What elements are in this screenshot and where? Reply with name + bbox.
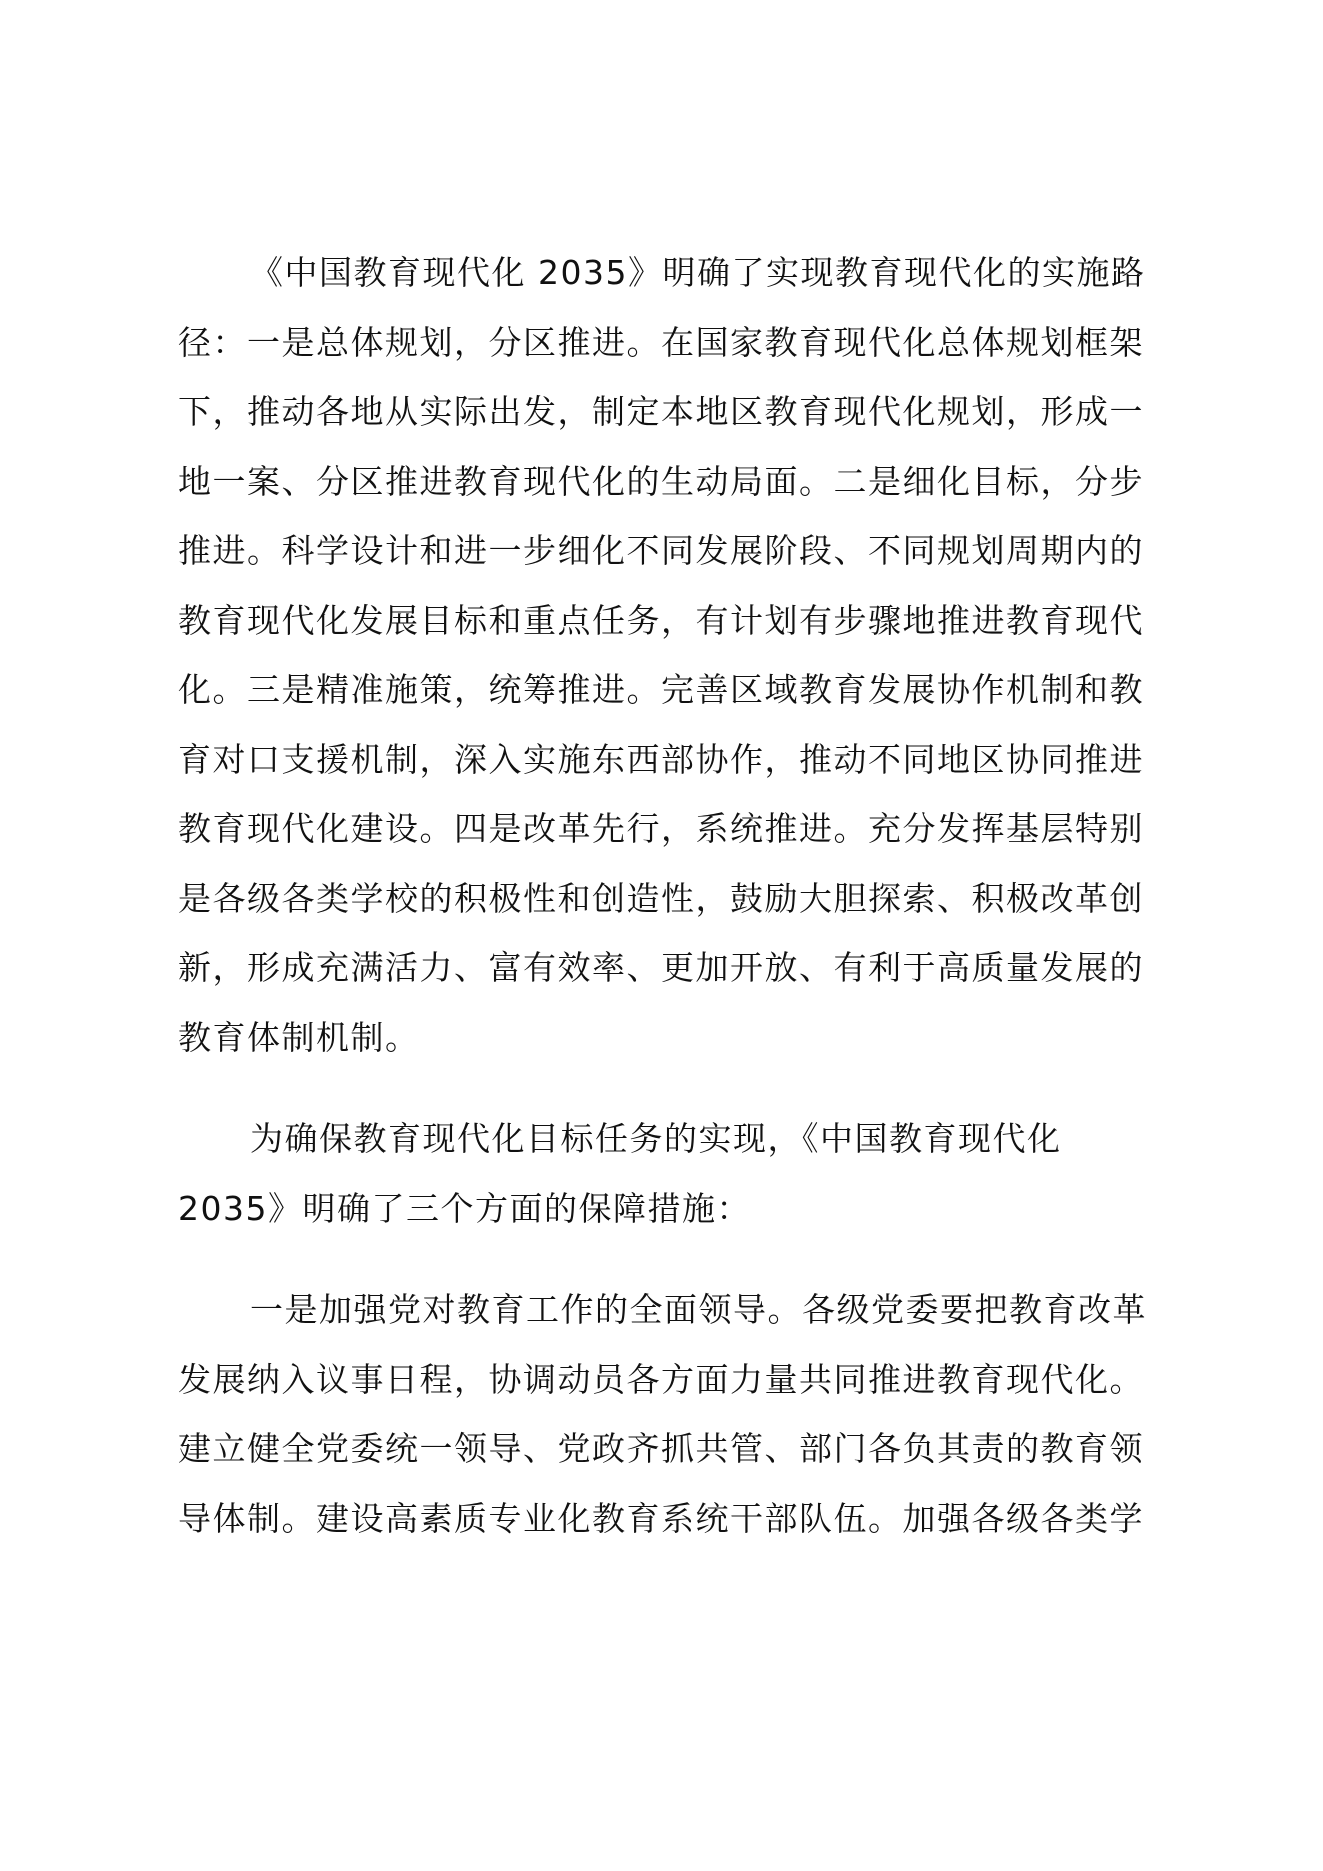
paragraph-spacer — [178, 1253, 1158, 1285]
paragraph-safeguard-intro: 为确保教育现代化目标任务的实现，《中国教育现代化 2035》明确了三个方面的保障… — [178, 1114, 1158, 1253]
text-line: 一是加强党对教育工作的全面领导。各级党委要把教育改革 — [178, 1285, 1158, 1355]
text-line: 导体制。建设高素质专业化教育系统干部队伍。加强各级各类学 — [178, 1494, 1158, 1564]
text-line: 《中国教育现代化 2035》明确了实现教育现代化的实施路 — [178, 248, 1158, 318]
paragraph-implementation-path: 《中国教育现代化 2035》明确了实现教育现代化的实施路 径：一是总体规划，分区… — [178, 248, 1158, 1082]
text-line: 为确保教育现代化目标任务的实现，《中国教育现代化 — [178, 1114, 1158, 1184]
paragraph-spacer — [178, 1082, 1158, 1114]
text-line: 是各级各类学校的积极性和创造性，鼓励大胆探索、积极改革创 — [178, 874, 1158, 944]
text-line: 育对口支援机制，深入实施东西部协作，推动不同地区协同推进 — [178, 735, 1158, 805]
text-line: 化。三是精准施策，统筹推进。完善区域教育发展协作机制和教 — [178, 665, 1158, 735]
text-line: 下，推动各地从实际出发，制定本地区教育现代化规划，形成一 — [178, 387, 1158, 457]
text-line: 径：一是总体规划，分区推进。在国家教育现代化总体规划框架 — [178, 318, 1158, 388]
text-line: 教育体制机制。 — [178, 1013, 1158, 1083]
text-line: 新，形成充满活力、富有效率、更加开放、有利于高质量发展的 — [178, 943, 1158, 1013]
text-line: 地一案、分区推进教育现代化的生动局面。二是细化目标，分步 — [178, 457, 1158, 527]
text-line: 推进。科学设计和进一步细化不同发展阶段、不同规划周期内的 — [178, 526, 1158, 596]
text-line: 教育现代化发展目标和重点任务，有计划有步骤地推进教育现代 — [178, 596, 1158, 666]
text-line: 2035》明确了三个方面的保障措施： — [178, 1184, 1158, 1254]
text-line: 建立健全党委统一领导、党政齐抓共管、部门各负其责的教育领 — [178, 1424, 1158, 1494]
document-page: 《中国教育现代化 2035》明确了实现教育现代化的实施路 径：一是总体规划，分区… — [178, 248, 1158, 1563]
text-line: 发展纳入议事日程，协调动员各方面力量共同推进教育现代化。 — [178, 1355, 1158, 1425]
paragraph-safeguard-one: 一是加强党对教育工作的全面领导。各级党委要把教育改革 发展纳入议事日程，协调动员… — [178, 1285, 1158, 1563]
text-line: 教育现代化建设。四是改革先行，系统推进。充分发挥基层特别 — [178, 804, 1158, 874]
